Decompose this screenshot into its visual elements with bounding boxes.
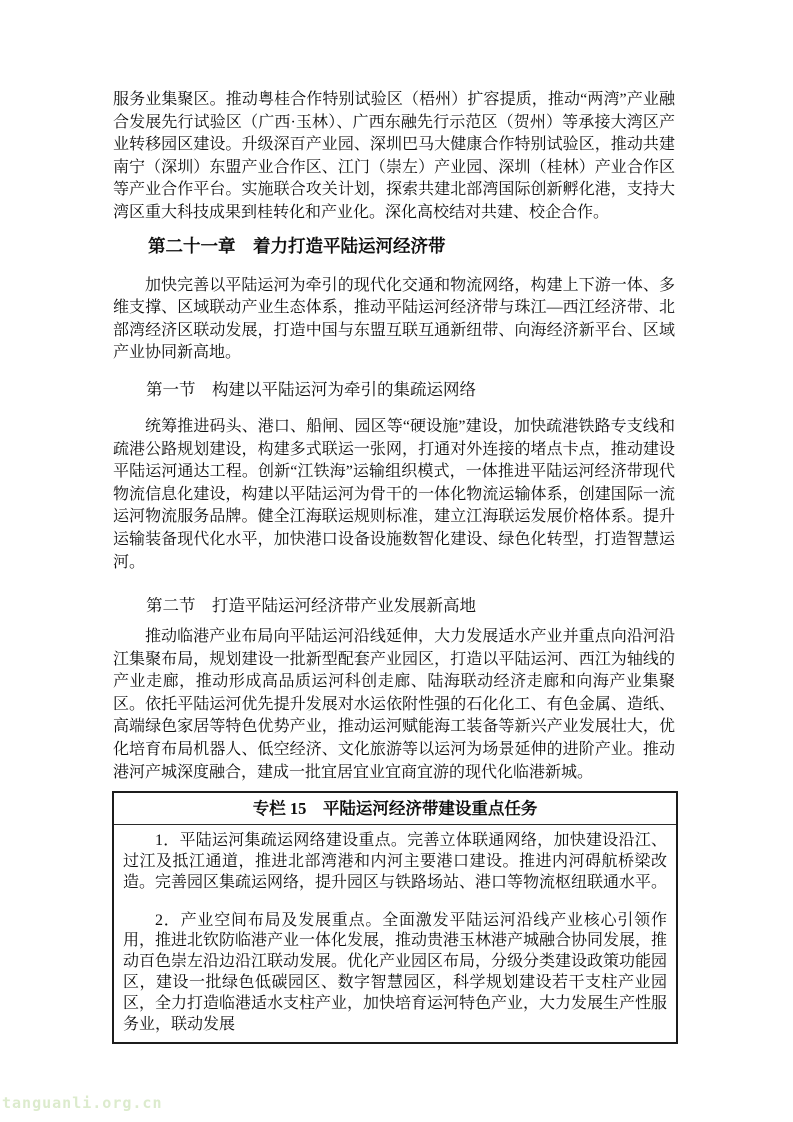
watermark-text: tanguanli.org.cn [2,1094,163,1112]
box-item-2: 2．产业空间布局及发展重点。全面激发平陆运河沿线产业核心引领作用，推进北钦防临港… [123,911,667,1036]
section-1-title: 第一节 构建以平陆运河为牵引的集疏运网络 [113,378,675,401]
section-2-title: 第二节 打造平陆运河经济带产业发展新高地 [113,594,675,617]
box-body: 1．平陆运河集疏运网络建设重点。完善立体联通网络，加快建设沿江、过江及抵江通道，… [114,825,676,1042]
section-1-paragraph: 统筹推进码头、港口、船闸、园区等“硬设施”建设，加快疏港铁路专支线和疏港公路规划… [113,416,675,574]
box-title: 专栏 15 平陆运河经济带建设重点任务 [114,793,676,825]
document-content: 服务业集聚区。推动粤桂合作特别试验区（梧州）扩容提质，推动“两湾”产业融合发展先… [113,89,675,1044]
document-page: 服务业集聚区。推动粤桂合作特别试验区（梧州）扩容提质，推动“两湾”产业融合发展先… [0,0,793,1122]
chapter-title: 第二十一章 着力打造平陆运河经济带 [113,235,675,258]
section-2-paragraph: 推动临港产业布局向平陆运河沿线延伸，大力发展适水产业并重点向沿河沿江集聚布局，规… [113,626,675,784]
paragraph-continuation: 服务业集聚区。推动粤桂合作特别试验区（梧州）扩容提质，推动“两湾”产业融合发展先… [113,89,675,225]
box-item-1: 1．平陆运河集疏运网络建设重点。完善立体联通网络，加快建设沿江、过江及抵江通道，… [123,831,667,893]
chapter-intro-paragraph: 加快完善以平陆运河为牵引的现代化交通和物流网络，构建上下游一体、多维支撑、区域联… [113,275,675,365]
highlight-box-column-15: 专栏 15 平陆运河经济带建设重点任务 1．平陆运河集疏运网络建设重点。完善立体… [112,791,678,1044]
